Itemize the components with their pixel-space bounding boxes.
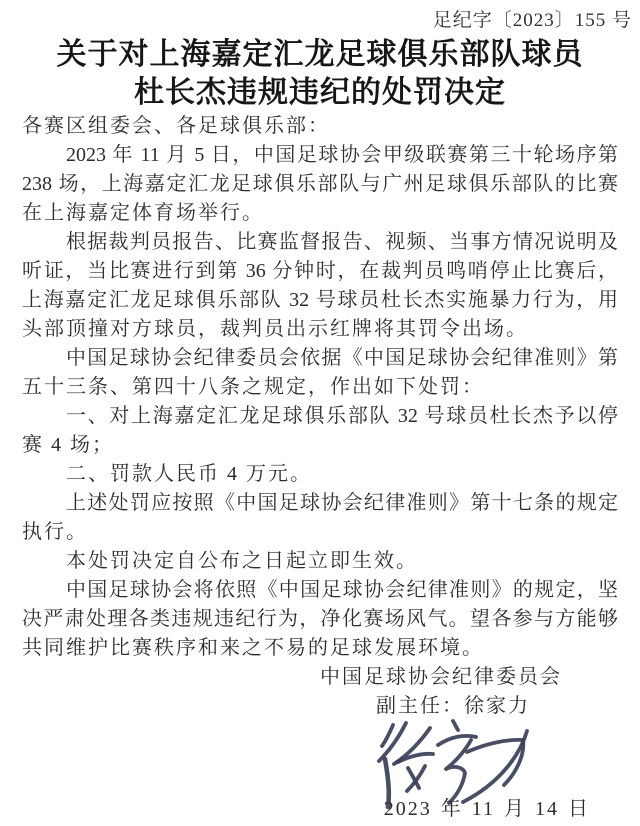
body-line: 中国足球协会将依照《中国足球协会纪律准则》的规定，坚 xyxy=(22,576,618,605)
document-page: 足纪字〔2023〕155 号 关于对上海嘉定汇龙足球俱乐部队球员 杜长杰违规违纪… xyxy=(0,0,640,826)
body-line: 上述处罚应按照《中国足球协会纪律准则》第十七条的规定 xyxy=(22,489,618,518)
signoff-date: 2023 年 11 月 14 日 xyxy=(22,795,590,824)
body-line: 各赛区组委会、各足球俱乐部： xyxy=(22,112,618,141)
body-line: 二、罚款人民币 4 万元。 xyxy=(22,460,618,489)
body-line: 头部顶撞对方球员，裁判员出示红牌将其罚令出场。 xyxy=(22,315,618,344)
body-line: 决严肃处理各类违规违纪行为，净化赛场风气。望各参与方能够 xyxy=(22,605,618,634)
body-line: 一、对上海嘉定汇龙足球俱乐部队 32 号球员杜长杰予以停 xyxy=(22,402,618,431)
body-line: 2023 年 11 月 5 日，中国足球协会甲级联赛第三十轮场序第 xyxy=(22,141,618,170)
body-line: 听证，当比赛进行到第 36 分钟时，在裁判员鸣哨停止比赛后， xyxy=(22,257,618,286)
body-line: 上海嘉定汇龙足球俱乐部队 32 号球员杜长杰实施暴力行为，用 xyxy=(22,286,618,315)
body-line: 赛 4 场； xyxy=(22,431,618,460)
body-line: 本处罚决定自公布之日起立即生效。 xyxy=(22,547,618,576)
body-line: 执行。 xyxy=(22,518,618,547)
document-title-line2: 杜长杰违规违纪的处罚决定 xyxy=(0,74,640,112)
body-line: 中国足球协会纪律委员会依据《中国足球协会纪律准则》第 xyxy=(22,344,618,373)
document-ref-number: 足纪字〔2023〕155 号 xyxy=(0,5,632,32)
document-title-line1: 关于对上海嘉定汇龙足球俱乐部队球员 xyxy=(0,36,640,74)
signoff-organization: 中国足球协会纪律委员会 xyxy=(22,663,618,692)
body-line: 共同维护比赛秩序和来之不易的足球发展环境。 xyxy=(22,634,618,663)
body-line: 根据裁判员报告、比赛监督报告、视频、当事方情况说明及 xyxy=(22,228,618,257)
body-line: 五十三条、第四十八条之规定，作出如下处罚： xyxy=(22,373,618,402)
document-title: 关于对上海嘉定汇龙足球俱乐部队球员 杜长杰违规违纪的处罚决定 xyxy=(0,36,640,112)
body-line: 在上海嘉定体育场举行。 xyxy=(22,199,618,228)
body-lines: 各赛区组委会、各足球俱乐部：2023 年 11 月 5 日，中国足球协会甲级联赛… xyxy=(22,112,618,663)
body-line: 238 场，上海嘉定汇龙足球俱乐部队与广州足球俱乐部队的比赛 xyxy=(22,170,618,199)
